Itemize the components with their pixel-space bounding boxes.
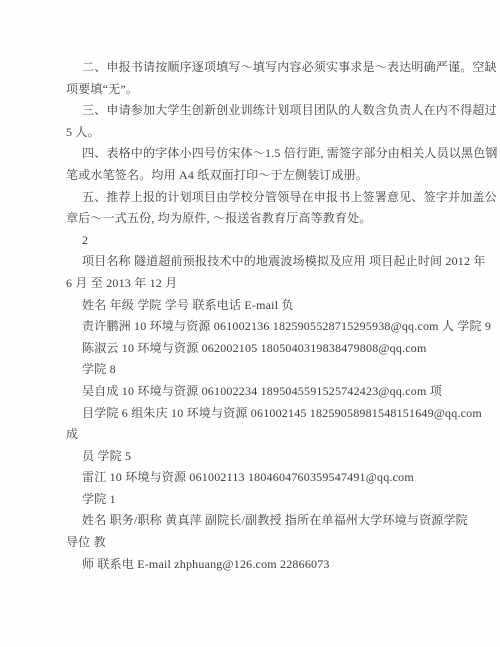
- text-line: 学院 1: [66, 489, 470, 511]
- text-line: 二、申报书请按顺序逐项填写～填写内容必须实事求是～表达明确严谨。空缺: [66, 57, 470, 79]
- text-line: 吴自成 10 环境与资源 061002234 18950455915257424…: [66, 381, 470, 403]
- text-line: 责许鹏洲 10 环境与资源 061002136 1825905528715295…: [66, 316, 470, 338]
- text-line: 目学院 6 组朱庆 10 环境与资源 061002145 18259058981…: [66, 403, 470, 425]
- text-line: 姓名 年级 学院 学号 联系电话 E-mail 负: [66, 295, 470, 317]
- page: { "page": { "background_color": "#fefefe…: [0, 0, 500, 647]
- text-line: 姓名 职务/职称 黄真萍 副院长/副教授 指所在单福州大学环境与资源学院: [66, 510, 470, 532]
- document-body: 二、申报书请按顺序逐项填写～填写内容必须实事求是～表达明确严谨。空缺项要填“无”…: [66, 57, 470, 575]
- text-line: 笔或水笔签名。均用 A4 纸双面打印～于左侧装订成册。: [66, 165, 470, 187]
- text-line: 员 学院 5: [66, 446, 470, 468]
- text-line: 导位 教: [66, 532, 470, 554]
- text-line: 三、申请参加大学生创新创业训练计划项目团队的人数含负责人在内不得超过: [66, 100, 470, 122]
- text-line: 五、推荐上报的计划项目由学校分管领导在申报书上签署意见、签字并加盖公: [66, 187, 470, 209]
- text-line: 雷江 10 环境与资源 061002113 180460476035954749…: [66, 467, 470, 489]
- text-line: 项要填“无”。: [66, 79, 470, 101]
- document-page: 二、申报书请按顺序逐项填写～填写内容必须实事求是～表达明确严谨。空缺项要填“无”…: [0, 0, 500, 647]
- text-line: 成: [66, 424, 470, 446]
- text-line: 5 人。: [66, 122, 470, 144]
- text-line: 项目名称 隧道超前预报技术中的地震波场模拟及应用 项目起止时间 2012 年: [66, 251, 470, 273]
- text-line: 师 联系电 E-mail zhphuang@126.com 22866073: [66, 554, 470, 576]
- text-line: 学院 8: [66, 359, 470, 381]
- text-line: 四、表格中的字体小四号仿宋体～1.5 倍行距, 需签字部分由相关人员以黑色钢: [66, 143, 470, 165]
- text-line: 陈淑云 10 环境与资源 062002105 18050403198384798…: [66, 338, 470, 360]
- text-line: 章后～一式五份, 均为原件, ～报送省教育厅高等教育处。: [66, 208, 470, 230]
- text-line: 2: [66, 230, 470, 252]
- text-line: 6 月 至 2013 年 12 月: [66, 273, 470, 295]
